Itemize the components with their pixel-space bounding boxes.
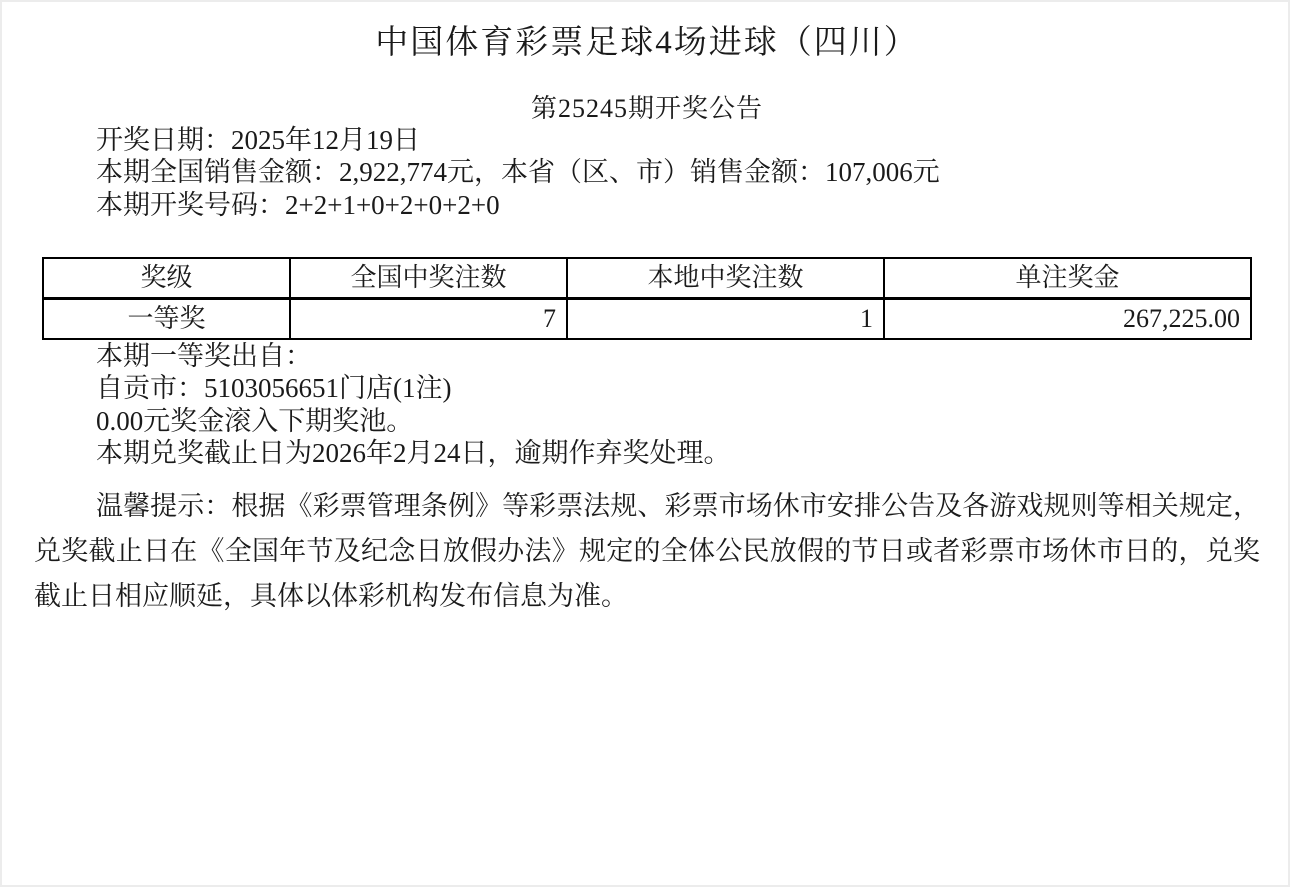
deadline-line: 本期兑奖截止日为2026年2月24日，逾期作弃奖处理。	[34, 437, 1260, 469]
sales-amount-line: 本期全国销售金额：2,922,774元，本省（区、市）销售金额：107,006元	[34, 156, 1260, 188]
cell-local-winners: 1	[567, 298, 884, 339]
cell-prize-per-bet: 267,225.00	[884, 298, 1251, 339]
prize-table-header-row: 奖级 全国中奖注数 本地中奖注数 单注奖金	[43, 258, 1251, 299]
table-row: 一等奖 7 1 267,225.00	[43, 298, 1251, 339]
winning-numbers-line: 本期开奖号码：2+2+1+0+2+0+2+0	[34, 189, 1260, 221]
page-subtitle: 第25245期开奖公告	[34, 93, 1260, 124]
header-local-winners: 本地中奖注数	[567, 258, 884, 299]
cell-national-winners: 7	[290, 298, 567, 339]
rollover-line: 0.00元奖金滚入下期奖池。	[34, 405, 1260, 437]
header-prize-per-bet: 单注奖金	[884, 258, 1251, 299]
notice-paragraph: 温馨提示：根据《彩票管理条例》等彩票法规、彩票市场休市安排公告及各游戏规则等相关…	[34, 484, 1260, 619]
winner-intro-line: 本期一等奖出自：	[34, 340, 1260, 372]
winner-detail-line: 自贡市：5103056651门店(1注)	[34, 372, 1260, 404]
header-prize-level: 奖级	[43, 258, 290, 299]
prize-table: 奖级 全国中奖注数 本地中奖注数 单注奖金 一等奖 7 1 267,225.00	[42, 257, 1252, 340]
cell-prize-level: 一等奖	[43, 298, 290, 339]
page-title: 中国体育彩票足球4场进球（四川）	[34, 24, 1260, 64]
header-national-winners: 全国中奖注数	[290, 258, 567, 299]
draw-date-line: 开奖日期：2025年12月19日	[34, 124, 1260, 156]
announcement-page: 中国体育彩票足球4场进球（四川） 第25245期开奖公告 开奖日期：2025年1…	[0, 0, 1290, 887]
